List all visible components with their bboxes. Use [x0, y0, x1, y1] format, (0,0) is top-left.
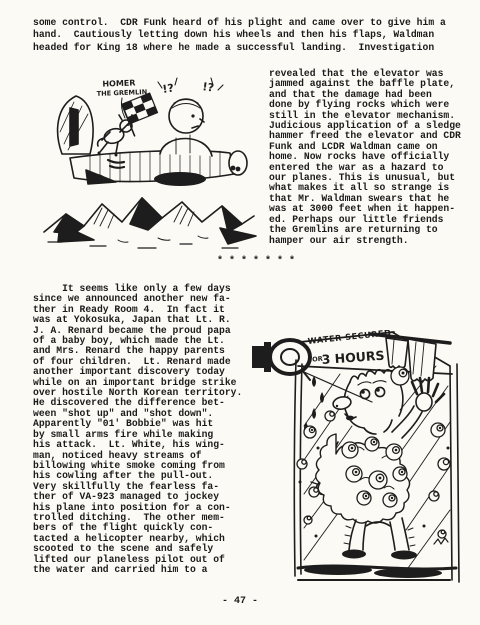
shower-cartoon: WATER SECURED FOR 3 HOURS [252, 330, 466, 586]
pilot-exclaim-left: !? [162, 82, 175, 96]
gremlin-caption-line2: THE GREMLIN [97, 88, 148, 98]
artist-signature [434, 538, 448, 544]
elevator-story-column: revealed that the elevator was jammed ag… [269, 69, 461, 246]
shower-cartoon-svg: WATER SECURED FOR 3 HOURS [252, 330, 466, 586]
gremlin-caption-line1: HOMER [102, 78, 135, 88]
water-drops [304, 376, 324, 433]
shower-man-figure [310, 370, 444, 560]
gremlin-cartoon-svg: HOMER THE GREMLIN !? !? [30, 74, 264, 258]
gremlin-airplane-cartoon: HOMER THE GREMLIN !? !? [30, 74, 264, 258]
pilot-exclaim-right: !? [202, 80, 215, 94]
document-page: some control. CDR Funk heard of his plig… [0, 0, 480, 625]
intro-paragraph: some control. CDR Funk heard of his plig… [33, 17, 446, 54]
section-separator: * * * * * * * [36, 256, 476, 267]
renard-story-column: It seems like only a few days since we a… [33, 284, 242, 575]
banner-text-hours: 3 HOURS [321, 348, 385, 367]
banner-text-line1: WATER SECURED [307, 330, 392, 346]
mountains-drawing [44, 198, 256, 248]
page-number: - 47 - [0, 596, 480, 607]
